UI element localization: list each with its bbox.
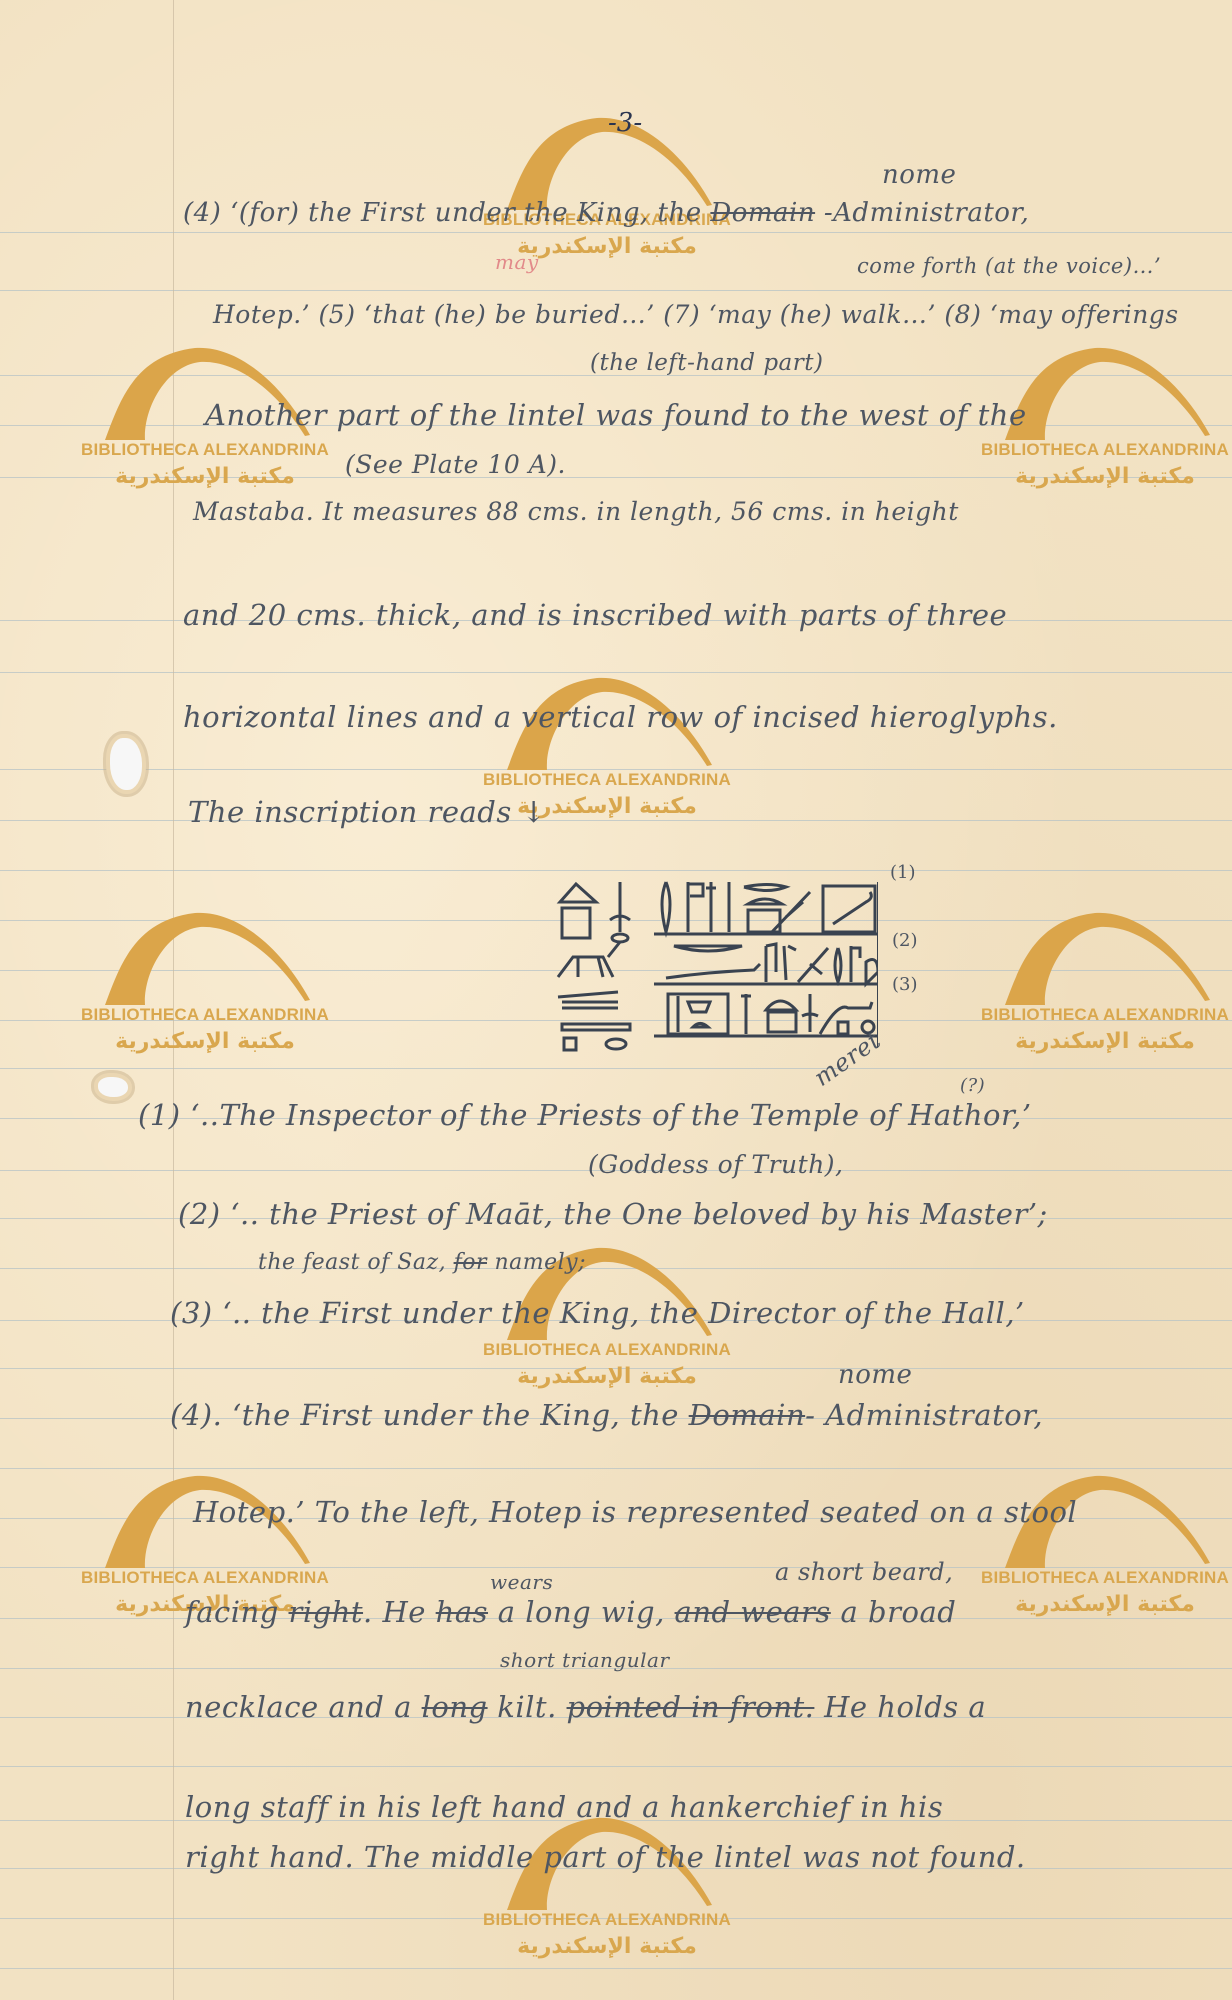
translation-line-3: (3) ‘.. the First under the King, the Di… — [170, 1296, 1025, 1330]
hieroglyph-row-label-2: (2) — [892, 930, 918, 951]
annotation-nome-2: nome — [838, 1360, 912, 1390]
text-line-4: Another part of the lintel was found to … — [205, 398, 1027, 432]
annotation-short-beard: a short beard, — [775, 1558, 953, 1586]
text-line-3: (the left-hand part) — [590, 350, 823, 376]
watermark-bottom-center: BIBLIOTHECA ALEXANDRINA مكتبة الإسكندرية — [437, 1810, 777, 1950]
text-line-5: (See Plate 10 A). — [345, 450, 566, 479]
hieroglyphs-icon — [548, 862, 878, 1052]
translation-line-7: necklace and a long kilt. pointed in fro… — [185, 1690, 986, 1724]
binder-hole-bottom — [98, 1077, 128, 1097]
text-line-1: (4) ‘(for) the First under the King, the… — [183, 198, 1029, 228]
page-number: -3- — [608, 108, 642, 138]
translation-line-2: (2) ‘.. the Priest of Maāt, the One belo… — [178, 1197, 1048, 1231]
text-line-6: Mastaba. It measures 88 cms. in length, … — [193, 497, 959, 526]
hieroglyph-inscription: (1) (2) (3) — [548, 862, 878, 1052]
hieroglyph-row-label-3: (3) — [892, 974, 918, 995]
annotation-question: (?) — [960, 1075, 985, 1096]
watermark-right-lower: BIBLIOTHECA ALEXANDRINA مكتبة الإسكندرية — [935, 1468, 1232, 1608]
watermark-left-middle: BIBLIOTHECA ALEXANDRINA مكتبة الإسكندرية — [35, 905, 375, 1045]
hieroglyph-row-label-1: (1) — [890, 862, 916, 883]
watermark-center-middle: BIBLIOTHECA ALEXANDRINA مكتبة الإسكندرية — [437, 670, 777, 810]
text-line-2: Hotep.’ (5) ‘that (he) be buried…’ (7) ‘… — [213, 300, 1179, 329]
margin-line — [173, 0, 174, 2000]
watermark-left-lower: BIBLIOTHECA ALEXANDRINA مكتبة الإسكندرية — [35, 1468, 375, 1608]
translation-line-1: (1) ‘..The Inspector of the Priests of t… — [138, 1098, 1032, 1132]
library-arch-logo-icon — [497, 110, 717, 210]
annotation-short-triangular: short triangular — [500, 1648, 670, 1672]
translation-line-5: Hotep.’ To the left, Hotep is represente… — [193, 1495, 1077, 1529]
text-line-8: horizontal lines and a vertical row of i… — [183, 700, 1058, 734]
manuscript-page: BIBLIOTHECA ALEXANDRINA مكتبة الإسكندرية… — [0, 0, 1232, 2000]
text-line-1b: come forth (at the voice)…’ — [857, 254, 1161, 278]
annotation-nome-1: nome — [882, 160, 956, 190]
text-line-9: The inscription reads ↓ — [188, 795, 546, 829]
translation-line-9: right hand. The middle part of the linte… — [185, 1840, 1026, 1874]
translation-line-2b: the feast of Saz, for namely; — [258, 1250, 586, 1275]
translation-line-6: facing right. He has a long wig, and wea… — [185, 1595, 956, 1629]
binder-hole-top — [110, 738, 142, 790]
watermark-top-center: BIBLIOTHECA ALEXANDRINA مكتبة الإسكندرية — [437, 110, 777, 250]
watermark-right-middle: BIBLIOTHECA ALEXANDRINA مكتبة الإسكندرية — [935, 905, 1232, 1045]
translation-line-4: (4). ‘the First under the King, the Doma… — [170, 1398, 1043, 1432]
annotation-wears: wears — [490, 1570, 553, 1594]
translation-line-1b: (Goddess of Truth), — [588, 1150, 844, 1179]
text-line-7: and 20 cms. thick, and is inscribed with… — [183, 598, 1007, 632]
annotation-red-may: may — [495, 250, 539, 274]
translation-line-8: long staff in his left hand and a hanker… — [185, 1790, 943, 1824]
